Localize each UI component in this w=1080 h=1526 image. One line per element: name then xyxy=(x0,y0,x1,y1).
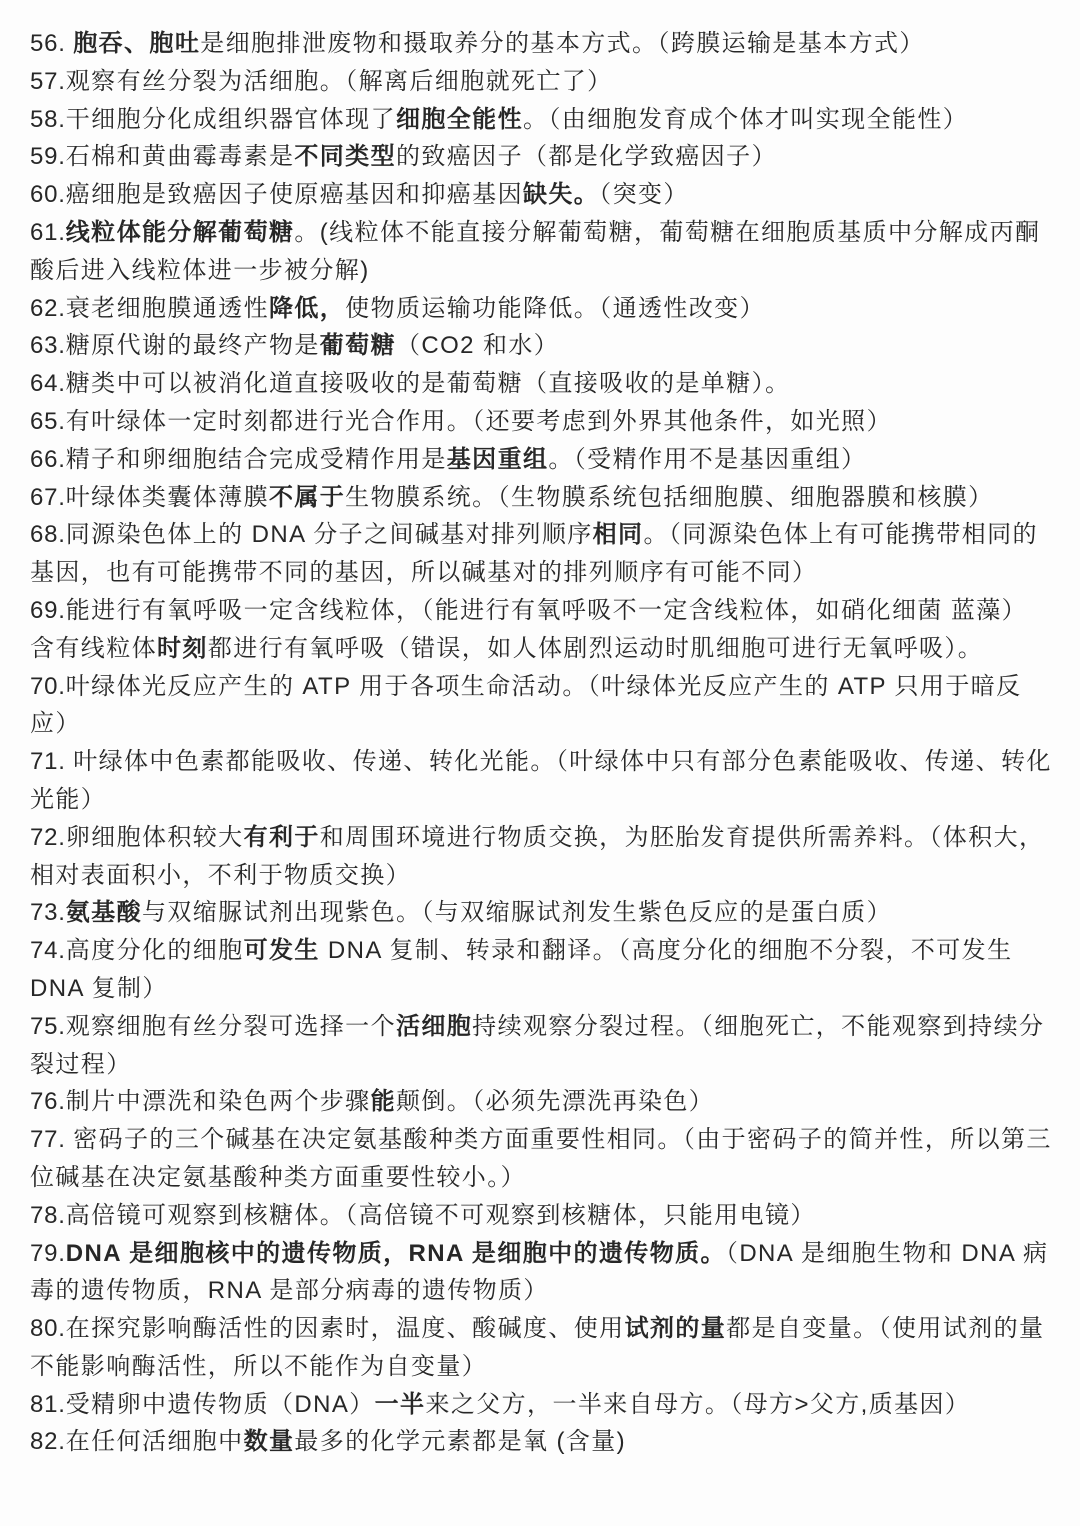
note-item: 81.受精卵中遗传物质（DNA）一半来之父方，一半来自母方。（母方>父方,质基因… xyxy=(30,1386,1052,1424)
item-number: 69. xyxy=(30,597,66,624)
item-number: 82. xyxy=(30,1428,66,1455)
note-text: 。（由细胞发育成个体才叫实现全能性） xyxy=(523,106,968,133)
note-item: 69.能进行有氧呼吸一定含线粒体，（能进行有氧呼吸不一定含线粒体，如硝化细菌 蓝… xyxy=(30,592,1052,668)
note-text: 癌细胞是致癌因子使原癌基因和抑癌基因 xyxy=(66,181,523,208)
note-text-emphasis: 时刻 xyxy=(157,635,208,662)
note-item: 77. 密码子的三个碱基在决定氨基酸种类方面重要性相同。（由于密码子的简并性，所… xyxy=(30,1121,1052,1197)
note-text-emphasis: 相同 xyxy=(593,521,644,548)
note-text: 糖原代谢的最终产物是 xyxy=(66,332,320,359)
note-text: 叶绿体光反应产生的 ATP 用于各项生命活动。（叶绿体光反应产生的 ATP 只用… xyxy=(30,673,1022,738)
note-text: 精子和卵细胞结合完成受精作用是 xyxy=(66,446,447,473)
item-number: 67. xyxy=(30,484,66,511)
item-number: 75. xyxy=(30,1013,66,1040)
note-item: 76.制片中漂洗和染色两个步骤能颠倒。（必须先漂洗再染色） xyxy=(30,1083,1052,1121)
note-item: 56. 胞吞、胞吐是细胞排泄废物和摄取养分的基本方式。（跨膜运输是基本方式） xyxy=(30,25,1052,63)
note-item: 71. 叶绿体中色素都能吸收、传递、转化光能。（叶绿体中只有部分色素能吸收、传递… xyxy=(30,743,1052,819)
note-text-emphasis: 胞吞、胞吐 xyxy=(73,30,200,57)
note-text: 制片中漂洗和染色两个步骤 xyxy=(66,1088,371,1115)
note-text: 糖类中可以被消化道直接吸收的是葡萄糖（直接吸收的是单糖）。 xyxy=(66,370,791,397)
study-notes-document: 56. 胞吞、胞吐是细胞排泄废物和摄取养分的基本方式。（跨膜运输是基本方式）57… xyxy=(0,0,1080,1526)
item-number: 79. xyxy=(30,1240,66,1267)
note-text-emphasis: 不属于 xyxy=(269,484,345,511)
item-number: 81. xyxy=(30,1391,66,1418)
item-number: 62. xyxy=(30,295,66,322)
note-text-emphasis: 不同类型 xyxy=(294,143,396,170)
note-text: 颠倒。（必须先漂洗再染色） xyxy=(396,1088,714,1115)
note-item: 63.糖原代谢的最终产物是葡萄糖（CO2 和水） xyxy=(30,327,1052,365)
note-text-emphasis: 数量 xyxy=(244,1428,295,1455)
note-text: 同源染色体上的 DNA 分子之间碱基对排列顺序 xyxy=(66,521,593,548)
item-number: 68. xyxy=(30,521,66,548)
note-item: 74.高度分化的细胞可发生 DNA 复制、转录和翻译。（高度分化的细胞不分裂，不… xyxy=(30,932,1052,1008)
note-item: 61.线粒体能分解葡萄糖。(线粒体不能直接分解葡萄糖，葡萄糖在细胞质基质中分解成… xyxy=(30,214,1052,290)
note-item: 58.干细胞分化成组织器官体现了细胞全能性。（由细胞发育成个体才叫实现全能性） xyxy=(30,101,1052,139)
note-text: 最多的化学元素都是氧 (含量) xyxy=(294,1428,626,1455)
note-text: 衰老细胞膜通透性 xyxy=(66,295,269,322)
item-number: 73. xyxy=(30,899,66,926)
note-text-emphasis: 细胞全能性 xyxy=(396,106,523,133)
note-text: 是细胞排泄废物和摄取养分的基本方式。（跨膜运输是基本方式） xyxy=(200,30,925,57)
note-text-emphasis: DNA 是细胞核中的遗传物质，RNA 是细胞中的遗传物质。 xyxy=(66,1240,726,1267)
note-text: 石棉和黄曲霉毒素是 xyxy=(66,143,295,170)
note-text-emphasis: 有利于 xyxy=(244,824,320,851)
item-number: 60. xyxy=(30,181,66,208)
note-text: 卵细胞体积较大 xyxy=(66,824,244,851)
note-text-emphasis: 基因重组 xyxy=(447,446,549,473)
note-item: 73.氨基酸与双缩脲试剂出现紫色。（与双缩脲试剂发生紫色反应的是蛋白质） xyxy=(30,894,1052,932)
note-text-emphasis: 试剂的量 xyxy=(625,1315,727,1342)
item-number: 76. xyxy=(30,1088,66,1115)
note-text: 观察细胞有丝分裂可选择一个 xyxy=(66,1013,396,1040)
note-text: 叶绿体中色素都能吸收、传递、转化光能。（叶绿体中只有部分色素能吸收、传递、转化光… xyxy=(30,748,1052,813)
note-item: 75.观察细胞有丝分裂可选择一个活细胞持续观察分裂过程。（细胞死亡，不能观察到持… xyxy=(30,1008,1052,1084)
note-item: 60.癌细胞是致癌因子使原癌基因和抑癌基因缺失。（突变） xyxy=(30,176,1052,214)
note-text: 有叶绿体一定时刻都进行光合作用。（还要考虑到外界其他条件，如光照） xyxy=(66,408,892,435)
note-text: 来之父方，一半来自母方。（母方>父方,质基因） xyxy=(425,1391,970,1418)
item-number: 56. xyxy=(30,30,73,57)
note-text: 与双缩脲试剂出现紫色。（与双缩脲试剂发生紫色反应的是蛋白质） xyxy=(142,899,892,926)
item-number: 57. xyxy=(30,68,66,95)
note-item: 82.在任何活细胞中数量最多的化学元素都是氧 (含量) xyxy=(30,1423,1052,1461)
note-text: 使物质运输功能降低。（通透性改变） xyxy=(345,295,765,322)
note-item: 59.石棉和黄曲霉毒素是不同类型的致癌因子（都是化学致癌因子） xyxy=(30,138,1052,176)
note-item: 68.同源染色体上的 DNA 分子之间碱基对排列顺序相同。（同源染色体上有可能携… xyxy=(30,516,1052,592)
item-number: 77. xyxy=(30,1126,73,1153)
note-item: 65.有叶绿体一定时刻都进行光合作用。（还要考虑到外界其他条件，如光照） xyxy=(30,403,1052,441)
note-text: 在探究影响酶活性的因素时，温度、酸碱度、使用 xyxy=(66,1315,625,1342)
note-item: 79.DNA 是细胞核中的遗传物质，RNA 是细胞中的遗传物质。（DNA 是细胞… xyxy=(30,1235,1052,1311)
item-number: 66. xyxy=(30,446,66,473)
item-number: 58. xyxy=(30,106,66,133)
note-text: 高度分化的细胞 xyxy=(66,937,244,964)
note-text: 叶绿体类囊体薄膜 xyxy=(66,484,269,511)
note-item: 72.卵细胞体积较大有利于和周围环境进行物质交换，为胚胎发育提供所需养料。（体积… xyxy=(30,819,1052,895)
note-text: 都进行有氧呼吸（错误，如人体剧烈运动时肌细胞可进行无氧呼吸）。 xyxy=(208,635,983,662)
note-item: 62.衰老细胞膜通透性降低，使物质运输功能降低。（通透性改变） xyxy=(30,290,1052,328)
note-item: 64.糖类中可以被消化道直接吸收的是葡萄糖（直接吸收的是单糖）。 xyxy=(30,365,1052,403)
note-item: 80.在探究影响酶活性的因素时，温度、酸碱度、使用试剂的量都是自变量。（使用试剂… xyxy=(30,1310,1052,1386)
note-text-emphasis: 葡萄糖 xyxy=(320,332,396,359)
note-text-emphasis: 氨基酸 xyxy=(66,899,142,926)
note-text-emphasis: 活细胞 xyxy=(396,1013,472,1040)
note-text: 观察有丝分裂为活细胞。（解离后细胞就死亡了） xyxy=(66,68,613,95)
note-text: 生物膜系统。（生物膜系统包括细胞膜、细胞器膜和核膜） xyxy=(345,484,993,511)
note-text: 在任何活细胞中 xyxy=(66,1428,244,1455)
item-number: 78. xyxy=(30,1202,66,1229)
notes-list: 56. 胞吞、胞吐是细胞排泄废物和摄取养分的基本方式。（跨膜运输是基本方式）57… xyxy=(30,25,1052,1461)
note-item: 78.高倍镜可观察到核糖体。（高倍镜不可观察到核糖体，只能用电镜） xyxy=(30,1197,1052,1235)
item-number: 59. xyxy=(30,143,66,170)
item-number: 65. xyxy=(30,408,66,435)
note-text-emphasis: 缺失。 xyxy=(523,181,599,208)
note-text: 受精卵中遗传物质（DNA） xyxy=(66,1391,375,1418)
note-text: 。（受精作用不是基因重组） xyxy=(548,446,866,473)
note-item: 67.叶绿体类囊体薄膜不属于生物膜系统。（生物膜系统包括细胞膜、细胞器膜和核膜） xyxy=(30,479,1052,517)
note-text-emphasis: 可发生 xyxy=(244,937,320,964)
note-text-emphasis: 线粒体能分解葡萄糖 xyxy=(66,219,295,246)
note-item: 70.叶绿体光反应产生的 ATP 用于各项生命活动。（叶绿体光反应产生的 ATP… xyxy=(30,668,1052,744)
item-number: 71. xyxy=(30,748,73,775)
note-text-emphasis: 一半 xyxy=(375,1391,426,1418)
note-text-emphasis: 降低， xyxy=(269,295,345,322)
note-item: 66.精子和卵细胞结合完成受精作用是基因重组。（受精作用不是基因重组） xyxy=(30,441,1052,479)
note-item: 57.观察有丝分裂为活细胞。（解离后细胞就死亡了） xyxy=(30,63,1052,101)
note-text: 高倍镜可观察到核糖体。（高倍镜不可观察到核糖体，只能用电镜） xyxy=(66,1202,816,1229)
note-text: 密码子的三个碱基在决定氨基酸种类方面重要性相同。（由于密码子的简并性，所以第三位… xyxy=(30,1126,1052,1191)
note-text: 干细胞分化成组织器官体现了 xyxy=(66,106,396,133)
note-text-emphasis: 能 xyxy=(371,1088,396,1115)
note-text: （CO2 和水） xyxy=(396,332,559,359)
item-number: 80. xyxy=(30,1315,66,1342)
item-number: 61. xyxy=(30,219,66,246)
item-number: 64. xyxy=(30,370,66,397)
item-number: 72. xyxy=(30,824,66,851)
item-number: 63. xyxy=(30,332,66,359)
item-number: 74. xyxy=(30,937,66,964)
note-text: （突变） xyxy=(599,181,689,208)
item-number: 70. xyxy=(30,673,66,700)
note-text: 的致癌因子（都是化学致癌因子） xyxy=(396,143,777,170)
